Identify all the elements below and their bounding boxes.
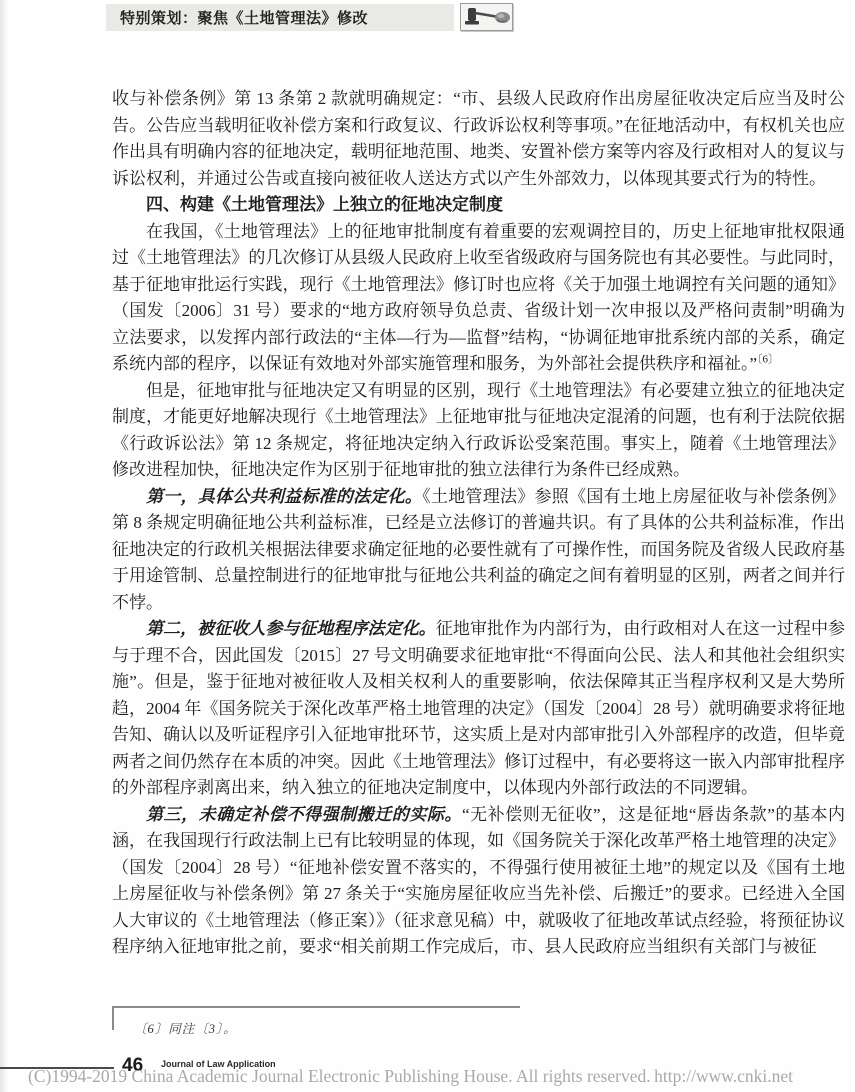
paragraph-lead: 第三，未确定补偿不得强制搬迁的实际。 bbox=[146, 805, 462, 824]
gavel-graphic bbox=[461, 4, 512, 30]
section-title: 特别策划：聚焦《土地管理法》修改 bbox=[120, 7, 368, 28]
copyright-line: (C)1994-2019 China Academic Journal Elec… bbox=[0, 1066, 855, 1087]
journal-page: 特别策划：聚焦《土地管理法》修改 收与补偿条例》第 13 条第 2 款就明确规定… bbox=[0, 0, 855, 1092]
section-heading: 四、构建《土地管理法》上独立的征地决定制度 bbox=[112, 192, 845, 219]
section-banner: 特别策划：聚焦《土地管理法》修改 bbox=[106, 4, 454, 31]
paragraph-text: 在我国，《土地管理法》上的征地审批制度有着重要的宏观调控目的，历史上征地审批权限… bbox=[112, 222, 845, 374]
paragraph-continuation: 收与补偿条例》第 13 条第 2 款就明确规定：“市、县级人民政府作出房屋征收决… bbox=[112, 86, 845, 192]
paragraph: 在我国，《土地管理法》上的征地审批制度有着重要的宏观调控目的，历史上征地审批权限… bbox=[112, 219, 845, 378]
gavel-icon bbox=[460, 3, 513, 31]
copyright-text: (C)1994-2019 China Academic Journal Elec… bbox=[28, 1066, 651, 1087]
paragraph: 第一，具体公共利益标准的法定化。《土地管理法》参照《国有土地上房屋征收与补偿条例… bbox=[112, 484, 845, 617]
paragraph-text: 征地审批作为内部行为，由行政相对人在这一过程中参与于理不合，因此国发〔2015〕… bbox=[112, 619, 845, 797]
paragraph: 第三，未确定补偿不得强制搬迁的实际。“无补偿则无征收”，这是征地“唇齿条款”的基… bbox=[112, 802, 845, 961]
paragraph-lead: 第二，被征收人参与征地程序法定化。 bbox=[146, 619, 436, 638]
article-body: 收与补偿条例》第 13 条第 2 款就明确规定：“市、县级人民政府作出房屋征收决… bbox=[112, 86, 845, 961]
cnki-url: http://www.cnki.net bbox=[654, 1066, 793, 1087]
footnote: 〔6〕同注〔3〕。 bbox=[134, 1019, 237, 1037]
paragraph: 第二，被征收人参与征地程序法定化。征地审批作为内部行为，由行政相对人在这一过程中… bbox=[112, 616, 845, 802]
paragraph-text: “无补偿则无征收”，这是征地“唇齿条款”的基本内涵，在我国现行行政法制上已有比较… bbox=[112, 805, 845, 957]
footnote-ref: 〔6〕 bbox=[757, 353, 779, 365]
paragraph-lead: 第一，具体公共利益标准的法定化。 bbox=[146, 487, 422, 506]
paragraph: 但是，征地审批与征地决定又有明显的区别，现行《土地管理法》有必要建立独立的征地决… bbox=[112, 378, 845, 484]
